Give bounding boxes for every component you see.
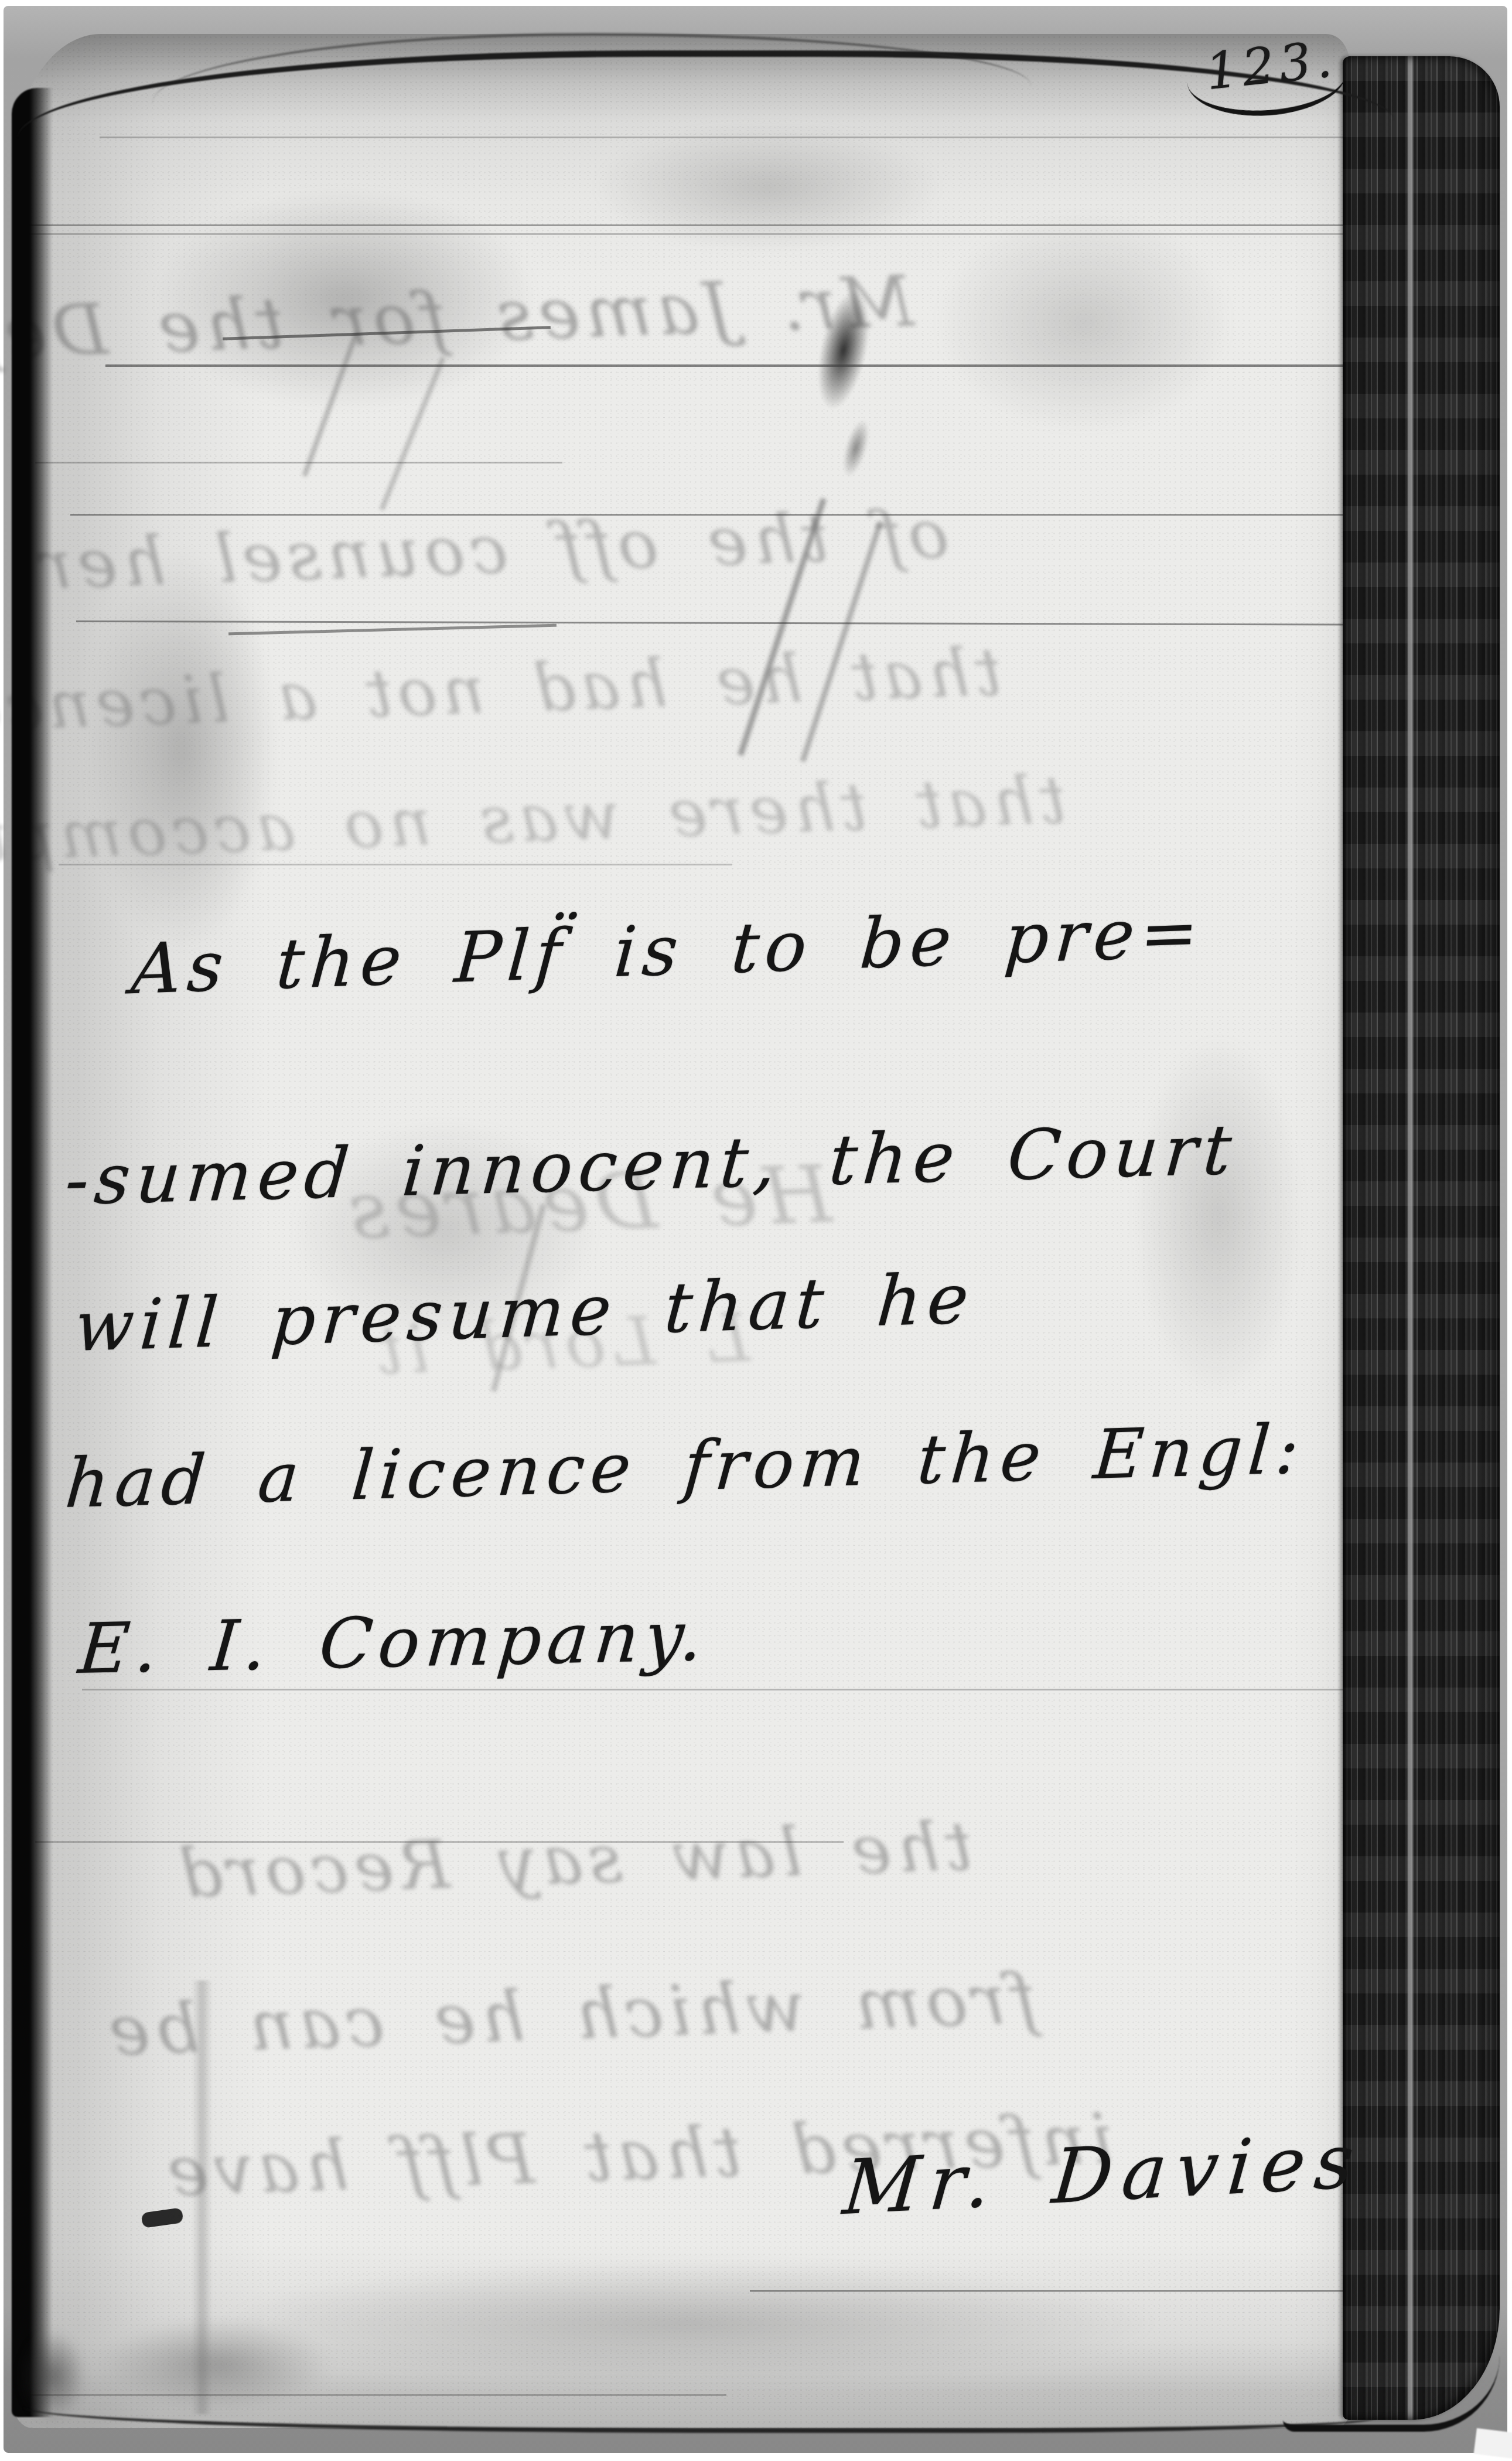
- scan-line: [750, 2290, 1424, 2292]
- scan-line: [35, 462, 562, 463]
- scan-line: [35, 1841, 844, 1843]
- binding-gutter-fade: [8, 2315, 96, 2438]
- paper-stain: [1101, 967, 1336, 1465]
- book-fore-edge: [1343, 56, 1500, 2420]
- scan-line: [105, 364, 1453, 367]
- scan-line: [70, 514, 1347, 516]
- manuscript-scan: Mr. James for the Deft. of the off couns…: [0, 0, 1512, 2461]
- scan-line: [23, 2394, 726, 2396]
- scan-line: [82, 1689, 1347, 1690]
- handwritten-line: E. I. Company.: [76, 1595, 712, 1689]
- scan-line: [59, 864, 732, 865]
- binding-gutter-shadow: [12, 88, 53, 2417]
- backdrop-notch: [1474, 2428, 1512, 2459]
